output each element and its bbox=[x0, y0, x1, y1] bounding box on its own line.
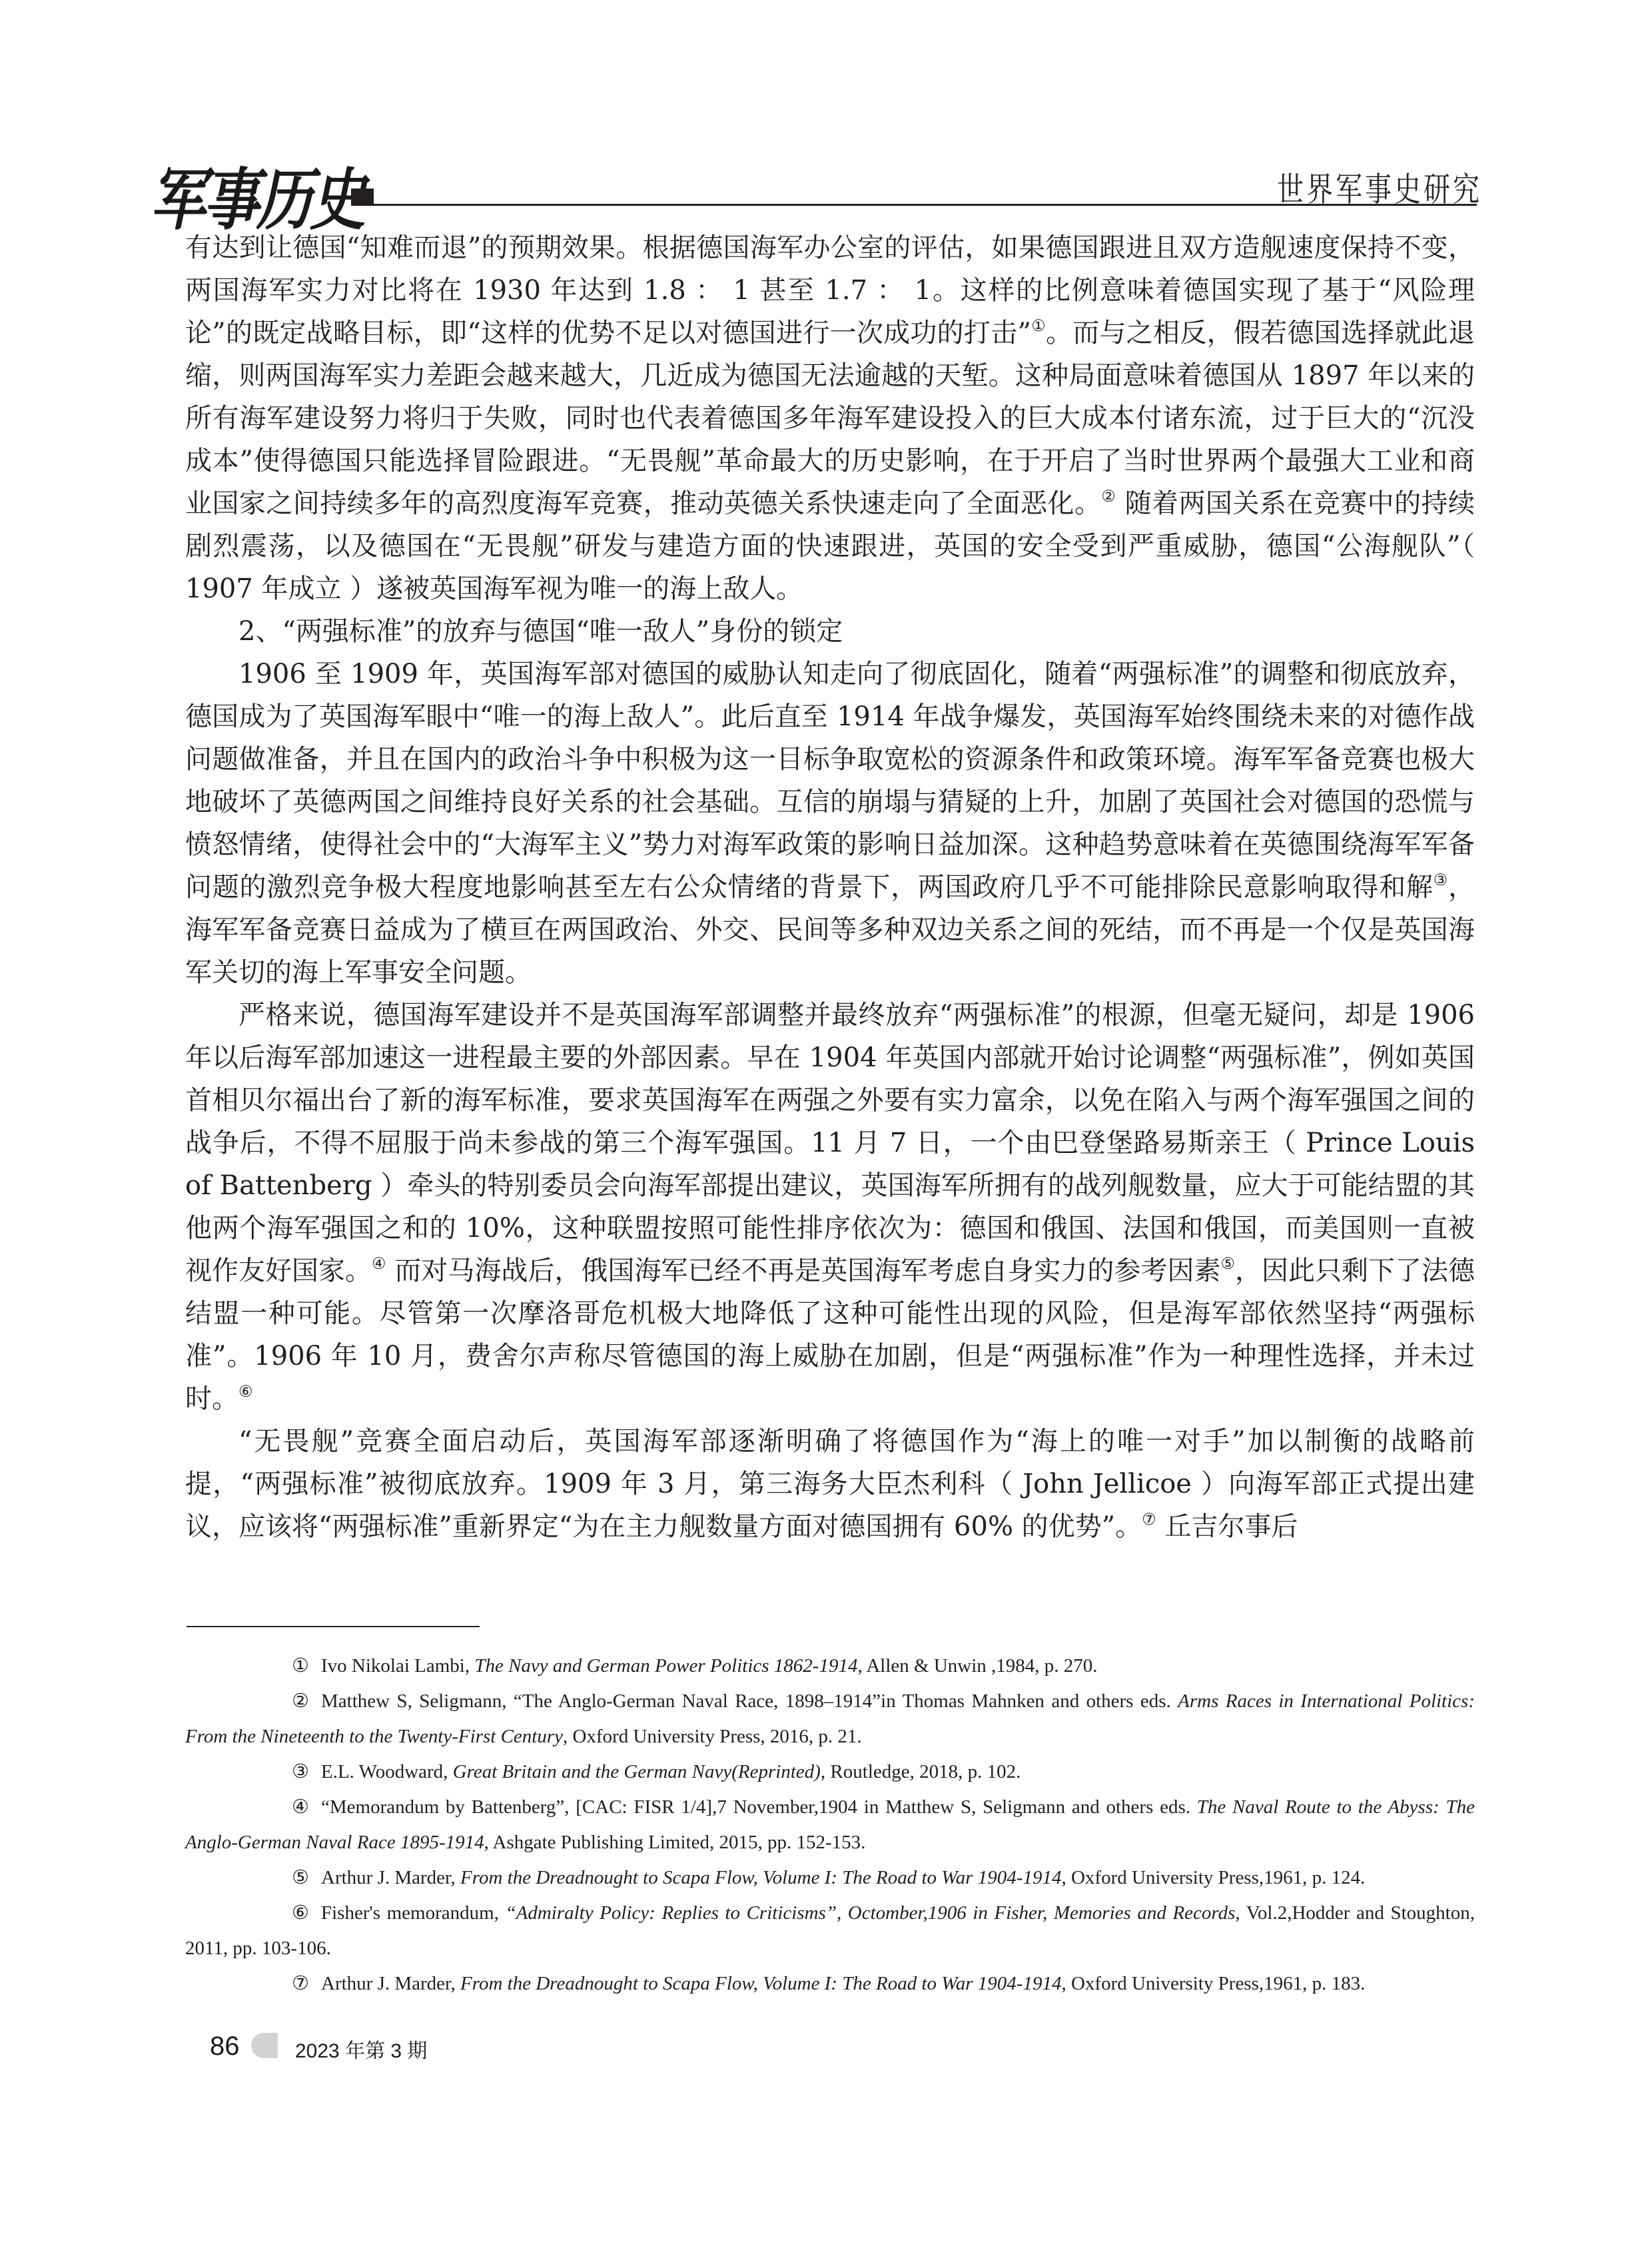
paragraph: 1906 至 1909 年，英国海军部对德国的威胁认知走向了彻底固化，随着“两强… bbox=[185, 653, 1475, 994]
footnote-5: ⑤Arthur J. Marder, From the Dreadnought … bbox=[185, 1860, 1475, 1896]
footnote-3: ③E.L. Woodward, Great Britain and the Ge… bbox=[185, 1754, 1475, 1790]
footnote-separator bbox=[187, 1626, 480, 1627]
footnote-ref-7[interactable]: ⑦ bbox=[1142, 1510, 1156, 1529]
journal-page: 军事历史 世界军事史研究 有达到让德国“知难而退”的预期效果。根据德国海军办公室… bbox=[0, 0, 1652, 2242]
paragraph: 严格来说，德国海军建设并不是英国海军部调整并最终放弃“两强标准”的根源，但毫无疑… bbox=[185, 994, 1475, 1420]
footnote-ref-1[interactable]: ① bbox=[1031, 316, 1046, 335]
footnote-7: ⑦Arthur J. Marder, From the Dreadnought … bbox=[185, 1966, 1475, 2002]
page-header: 军事历史 世界军事史研究 bbox=[150, 147, 1482, 220]
footnote-2: ②Matthew S, Seligmann, “The Anglo-German… bbox=[185, 1684, 1475, 1754]
footnote-1: ①Ivo Nikolai Lambi, The Navy and German … bbox=[185, 1649, 1475, 1684]
paragraph-continuation: 有达到让德国“知难而退”的预期效果。根据德国海军办公室的评估，如果德国跟进且双方… bbox=[185, 226, 1475, 610]
section-heading: 2、“两强标准”的放弃与德国“唯一敌人”身份的锁定 bbox=[185, 610, 1475, 653]
page-number: 86 bbox=[210, 2032, 240, 2061]
page-tab-decoration bbox=[251, 2033, 278, 2058]
issue-label: 2023 年第 3 期 bbox=[295, 2034, 427, 2063]
footnote-6: ⑥Fisher's memorandum, “Admiralty Policy:… bbox=[185, 1896, 1475, 1966]
article-body: 有达到让德国“知难而退”的预期效果。根据德国海军办公室的评估，如果德国跟进且双方… bbox=[185, 226, 1475, 1548]
footnote-ref-2[interactable]: ② bbox=[1101, 487, 1116, 506]
footnote-ref-6[interactable]: ⑥ bbox=[238, 1382, 253, 1401]
footnotes: ①Ivo Nikolai Lambi, The Navy and German … bbox=[185, 1649, 1475, 2002]
paragraph: “无畏舰”竞赛全面启动后，英国海军部逐渐明确了将德国作为“海上的唯一对手”加以制… bbox=[185, 1420, 1475, 1548]
footnote-ref-3[interactable]: ③ bbox=[1434, 871, 1448, 889]
footnote-ref-5[interactable]: ⑤ bbox=[1220, 1254, 1235, 1273]
section-label: 世界军事史研究 bbox=[1277, 163, 1482, 210]
footnote-4: ④“Memorandum by Battenberg”, [CAC: FISR … bbox=[185, 1790, 1475, 1860]
footnote-ref-4[interactable]: ④ bbox=[372, 1254, 386, 1273]
